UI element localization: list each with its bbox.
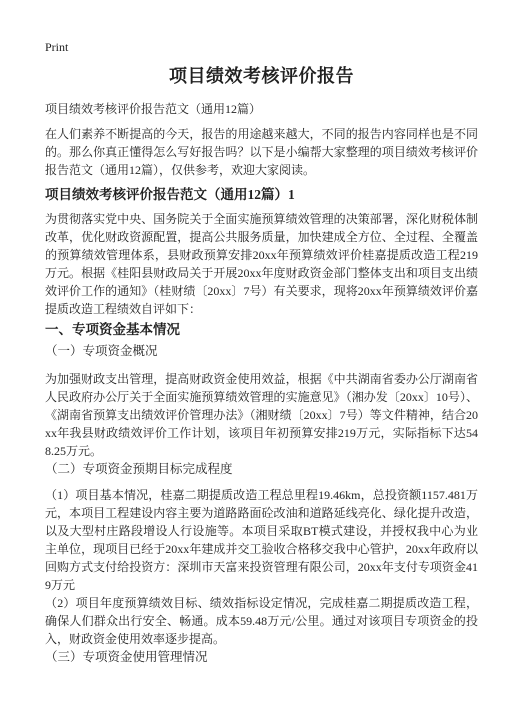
section-heading-sample-1: 项目绩效考核评价报告范文（通用12篇）1 xyxy=(45,185,478,205)
sub-section-heading-fund-overview: （一）专项资金概况 xyxy=(45,342,478,360)
body-paragraph: （2）项目年度预算绩效目标、绩效指标设定情况，完成桂嘉二期提质改造工程，确保人们… xyxy=(45,594,478,648)
body-paragraph: 为贯彻落实党中央、国务院关于全面实施预算绩效管理的决策部署，深化财税体制改革，优… xyxy=(45,210,478,318)
sub-section-heading-goal-completion: （二）专项资金预期目标完成程度 xyxy=(45,460,478,478)
document-page: Print 项目绩效考核评价报告 项目绩效考核评价报告范文（通用12篇） 在人们… xyxy=(0,0,520,718)
print-link[interactable]: Print xyxy=(45,38,68,56)
doc-subtitle: 项目绩效考核评价报告范文（通用12篇） xyxy=(45,100,478,118)
section-heading-fund-basics: 一、专项资金基本情况 xyxy=(45,320,478,340)
body-paragraph: 为加强财政支出管理，提高财政资金使用效益，根据《中共湖南省委办公厅湖南省人民政府… xyxy=(45,370,478,460)
intro-paragraph: 在人们素养不断提高的今天，报告的用途越来越大，不同的报告内容同样也是不同的。那么… xyxy=(45,125,478,179)
sub-section-heading-fund-usage: （三）专项资金使用管理情况 xyxy=(45,648,478,666)
body-paragraph: （1）项目基本情况，桂嘉二期提质改造工程总里程19.46km，总投资额1157.… xyxy=(45,486,478,594)
page-title: 项目绩效考核评价报告 xyxy=(45,63,478,89)
